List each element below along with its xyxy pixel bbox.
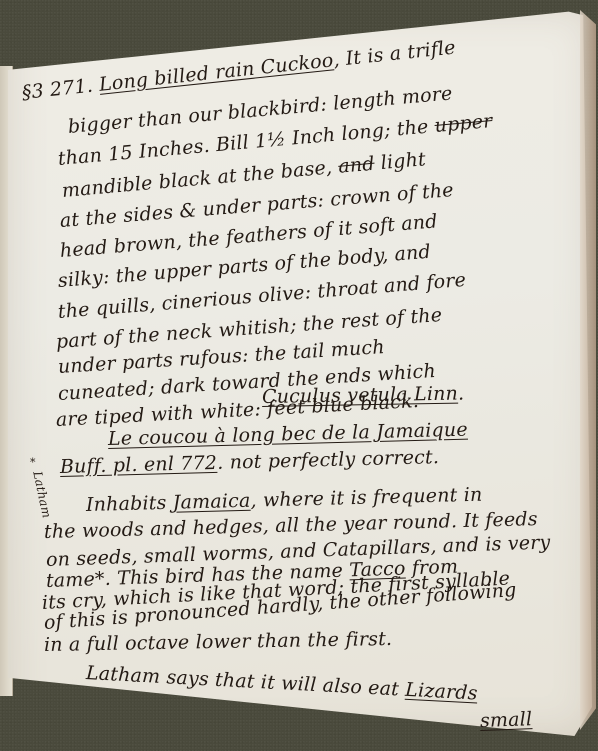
struck-text: upper — [434, 110, 494, 137]
text-fragment: . not perfectly correct. — [217, 446, 439, 474]
latin-name-line: Cuculus vetula Linn. — [262, 384, 465, 407]
manuscript-text: §3 271. Long billed rain Cuckoo, It is a… — [0, 0, 598, 751]
text-fragment: Latham says that it will also eat — [85, 662, 405, 701]
manuscript-line: Latham says that it will also eat Lizard… — [86, 664, 479, 703]
text-fragment: , where it is frequent in — [250, 484, 483, 512]
text-fragment: . — [458, 382, 465, 404]
text-fragment: in a full octave lower than the first. — [44, 628, 393, 656]
text-fragment: Inhabits — [86, 492, 173, 516]
lizards-word: Lizards — [405, 679, 478, 705]
reference-line: Buff. pl. enl 772. not perfectly correct… — [60, 448, 440, 477]
margin-note: Latham — [30, 470, 54, 519]
small-word: small — [480, 708, 533, 732]
buffon-reference: Buff. pl. enl 772 — [60, 452, 218, 478]
struck-text: and — [337, 153, 375, 178]
footnote-marker: * — [30, 456, 36, 469]
text-fragment: light — [374, 148, 427, 174]
text-fragment: , It is a trifle — [332, 36, 456, 71]
place-name: Jamaica — [172, 490, 250, 514]
entry-number: §3 271. — [21, 75, 94, 104]
insertion-word: small — [480, 710, 533, 731]
entry-title: Long billed rain Cuckoo — [98, 49, 335, 95]
manuscript-line: in a full octave lower than the first. — [44, 630, 393, 655]
latin-name: Cuculus vetula Linn — [262, 383, 458, 408]
